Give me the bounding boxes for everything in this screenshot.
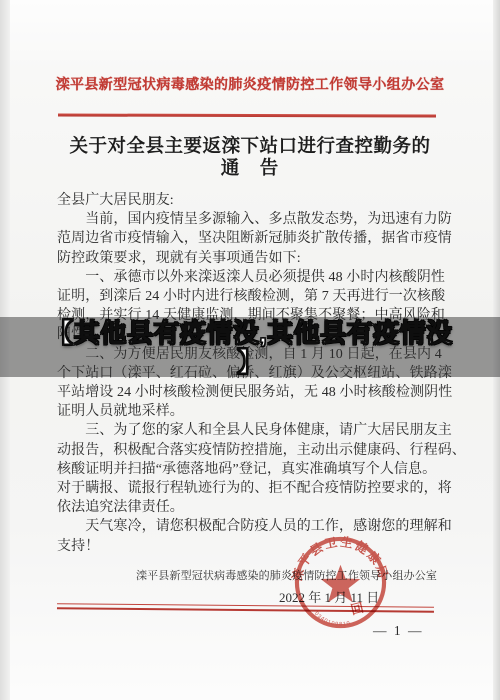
- body-line: 核酸证明并扫描“承德落地码”登记，真实准确填写个人信息。: [57, 460, 439, 479]
- body-line: 对于瞒报、谎报行程轨迹行为的、拒不配合疫情防控要求的，将: [57, 479, 439, 498]
- body-line: 一、承德市以外来滦返滦人员必须提供 48 小时内核酸阴性: [57, 268, 439, 287]
- body-line: 证明，到滦后 24 小时内进行核酸检测，第 7 天再进行一次核酸: [57, 287, 439, 306]
- notice-title-line2: 通 告: [40, 159, 460, 181]
- scanned-notice-image: 滦平县新型冠状病毒感染的肺炎疫情防控工作领导小组办公室 关于对全县主要返滦下站口…: [0, 0, 500, 700]
- body-line: 三、为了您的家人和全县人民身体健康，请广大居民朋友主: [57, 421, 439, 440]
- issuing-org-header: 滦平县新型冠状病毒感染的肺炎疫情防控工作领导小组办公室: [30, 74, 470, 94]
- seal-serial: 0340109810: [313, 611, 351, 628]
- body-line: 全县广大居民朋友:: [57, 191, 439, 210]
- seal-star-icon: [321, 565, 361, 603]
- caption-line1: 【其他县有疫情没,其他县有疫情没: [47, 318, 452, 349]
- body-line: 防控政策要求，现就有关事项通告如下:: [57, 249, 439, 268]
- caption-overlay: 【其他县有疫情没,其他县有疫情没 】: [0, 317, 500, 377]
- notice-title-line1: 关于对全县主要返滦下站口进行查控勤务的: [40, 137, 460, 159]
- signature-org: 滦平县新型冠状病毒感染的肺炎疫情防控工作领导小组办公室: [136, 567, 436, 583]
- body-line: 范周边省市疫情输入，坚决阻断新冠肺炎扩散传播，据省市疫情: [57, 229, 439, 248]
- seal-anticounterfeit-mark: 回: [349, 601, 365, 618]
- notice-title: 关于对全县主要返滦下站口进行查控勤务的 通 告: [40, 137, 460, 180]
- caption-line2: 】: [237, 349, 263, 376]
- body-line: 动报告，积极配合落实疫情防控措施，主动出示健康码、行程码、: [57, 441, 439, 460]
- body-line: 平站增设 24 小时核酸检测便民服务站，无 48 小时核酸检测阴性: [57, 383, 439, 402]
- body-line: 当前，国内疫情呈多源输入、多点散发态势，为迅速有力防: [57, 210, 439, 229]
- official-seal: 滦平县卫生健康局 0340109810 回: [291, 534, 390, 633]
- body-line: 依法追究法律责任。: [57, 498, 439, 517]
- body-line: 证明人员就地采样。: [57, 402, 439, 421]
